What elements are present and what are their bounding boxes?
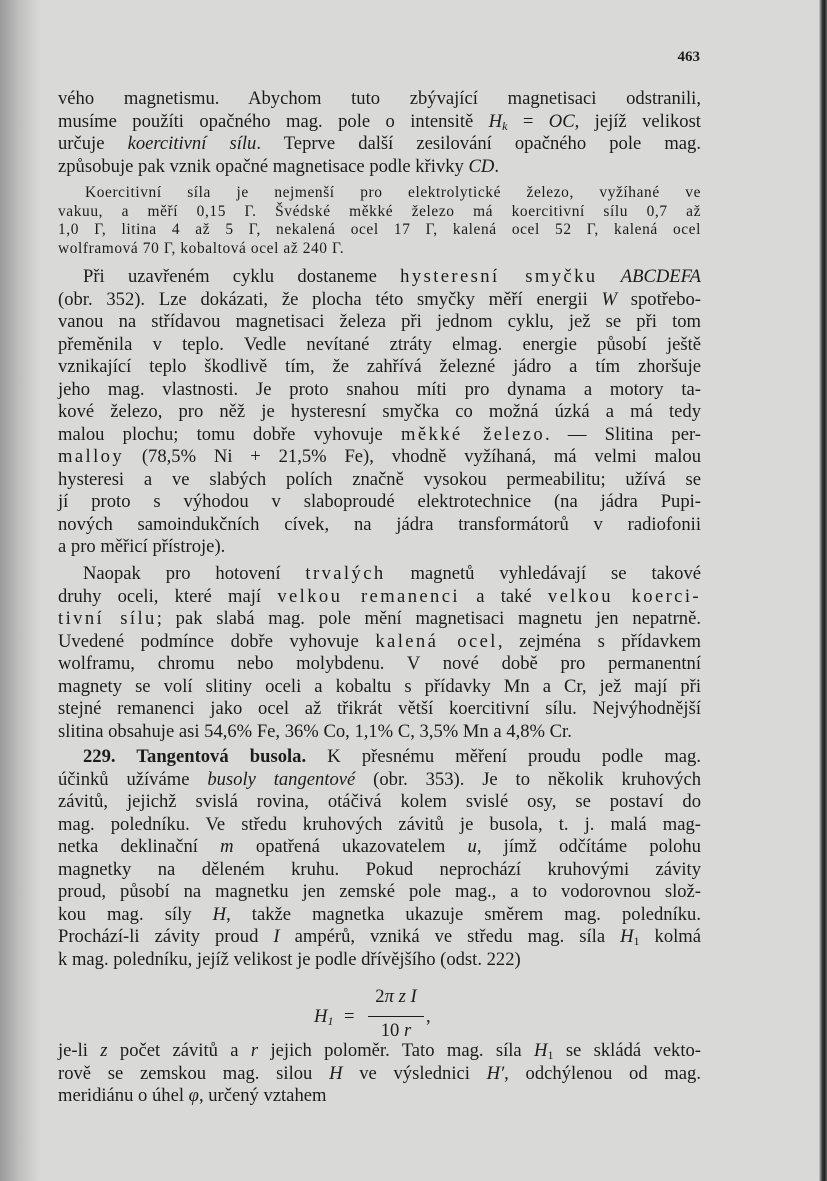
text-line: vého magnetismu. Abychom tuto zbývající … xyxy=(58,88,701,111)
text-line: přeměnila v teplo. Vedle nevítané ztráty… xyxy=(58,334,701,357)
paragraph-3: Naopak pro hotovení trvalých magnetů vyh… xyxy=(58,563,701,743)
text-line: vakuu, a měří 0,15 Γ. Švédské měkké žele… xyxy=(58,203,701,222)
text-line: nových samoindukčních cívek, na jádra tr… xyxy=(58,514,701,537)
text-line: druhy oceli, které mají velkou remanenci… xyxy=(58,586,701,609)
page-edge xyxy=(819,0,827,1181)
formula-h1: H1 = 2π z I 10 r , xyxy=(314,986,444,1046)
paragraph-4: je-li z počet závitů a r jejich poloměr.… xyxy=(58,1040,701,1108)
text-line: mag. poledníku. Ve středu kruhových závi… xyxy=(58,814,701,837)
text-line: meridiánu o úhel φ, určený vztahem xyxy=(58,1085,701,1108)
text-line: způsobuje pak vznik opačné magnetisace p… xyxy=(58,156,701,179)
text-line: vznikající teplo škodlivě tím, že zahřív… xyxy=(58,356,701,379)
text-line: 1,0 Γ, litina 4 až 5 Γ, nekalená ocel 17… xyxy=(58,221,701,240)
fraction-bar xyxy=(368,1016,424,1017)
text-line: magnetky na děleném kruhu. Pokud neproch… xyxy=(58,859,701,882)
text-line: kou mag. síly H, takže magnetka ukazuje … xyxy=(58,904,701,927)
text-line: Naopak pro hotovení trvalých magnetů vyh… xyxy=(58,563,701,586)
section-heading: 229. Tangentová busola. xyxy=(83,746,306,767)
text-line: účinků užíváme busoly tangentové (obr. 3… xyxy=(58,769,701,792)
text-line: stejné remanenci jako ocel až třikrát vě… xyxy=(58,698,701,721)
text-line: tivní sílu; pak slabá mag. pole mění mag… xyxy=(58,608,701,631)
text-line: vanou na střídavou magnetisaci železa př… xyxy=(58,311,701,334)
text-line: jeho mag. vlastnosti. Je proto snahou mí… xyxy=(58,379,701,402)
text-line: 229. Tangentová busola. K přesnému měřen… xyxy=(58,746,701,769)
text-line: k mag. poledníku, jejíž velikost je podl… xyxy=(58,949,701,972)
page-number: 463 xyxy=(672,49,700,66)
text-line: wolframu, chromu nebo molybdenu. V nové … xyxy=(58,653,701,676)
text-line: rově se zemskou mag. silou H ve výsledni… xyxy=(58,1063,701,1086)
text-line: je-li z počet závitů a r jejich poloměr.… xyxy=(58,1040,701,1063)
text-line: malloy (78,5% Ni + 21,5% Fe), vhodně vyž… xyxy=(58,446,701,469)
text-line: musíme použíti opačného mag. pole o inte… xyxy=(58,111,701,134)
page-gutter-shadow xyxy=(0,0,40,1181)
text-line: hysteresi a ve slabých polích značně vys… xyxy=(58,469,701,492)
text-line: Koercitivní síla je nejmenší pro elektro… xyxy=(58,184,701,203)
note-paragraph: Koercitivní síla je nejmenší pro elektro… xyxy=(58,184,701,258)
text-line: určuje koercitivní sílu. Teprve další ze… xyxy=(58,133,701,156)
paragraph-2: Při uzavřeném cyklu dostaneme hysteresní… xyxy=(58,266,701,559)
formula-lhs: H1 xyxy=(314,1006,333,1029)
formula-numerator: 2π z I xyxy=(368,986,424,1008)
paragraph-1: vého magnetismu. Abychom tuto zbývající … xyxy=(58,88,701,178)
formula-denominator: 10 r xyxy=(368,1020,424,1042)
text-line: Uvedené podmínce dobře vyhovuje kalená o… xyxy=(58,631,701,654)
text-line: Prochází-li závity proud I ampérů, vznik… xyxy=(58,926,701,949)
text-line: kové železo, pro něž je hysteresní smyčk… xyxy=(58,401,701,424)
text-line: (obr. 352). Lze dokázati, že plocha této… xyxy=(58,289,701,312)
text-run: K přesnému měření proudu podle mag. xyxy=(327,746,701,767)
text-line: proud, působí na magnetku jen zemské pol… xyxy=(58,881,701,904)
text-line: magnety se volí slitiny oceli a kobaltu … xyxy=(58,676,701,699)
text-line: Při uzavřeném cyklu dostaneme hysteresní… xyxy=(58,266,701,289)
formula-equals: = xyxy=(344,1006,355,1028)
text-line: malou plochu; tomu dobře vyhovuje měkké … xyxy=(58,424,701,447)
formula-comma: , xyxy=(426,1006,431,1028)
text-line: jí proto s výhodou v slaboproudé elektro… xyxy=(58,491,701,514)
text-line: netka deklinační m opatřená ukazovatelem… xyxy=(58,836,701,859)
text-line: slitina obsahuje asi 54,6% Fe, 36% Co, 1… xyxy=(58,721,701,744)
text-line: závitů, jejichž svislá rovina, otáčivá k… xyxy=(58,791,701,814)
text-line: wolframová 70 Γ, kobaltová ocel až 240 Γ… xyxy=(58,240,701,259)
section-229: 229. Tangentová busola. K přesnému měřen… xyxy=(58,746,701,971)
text-line: a pro měřicí přístroje). xyxy=(58,536,701,559)
